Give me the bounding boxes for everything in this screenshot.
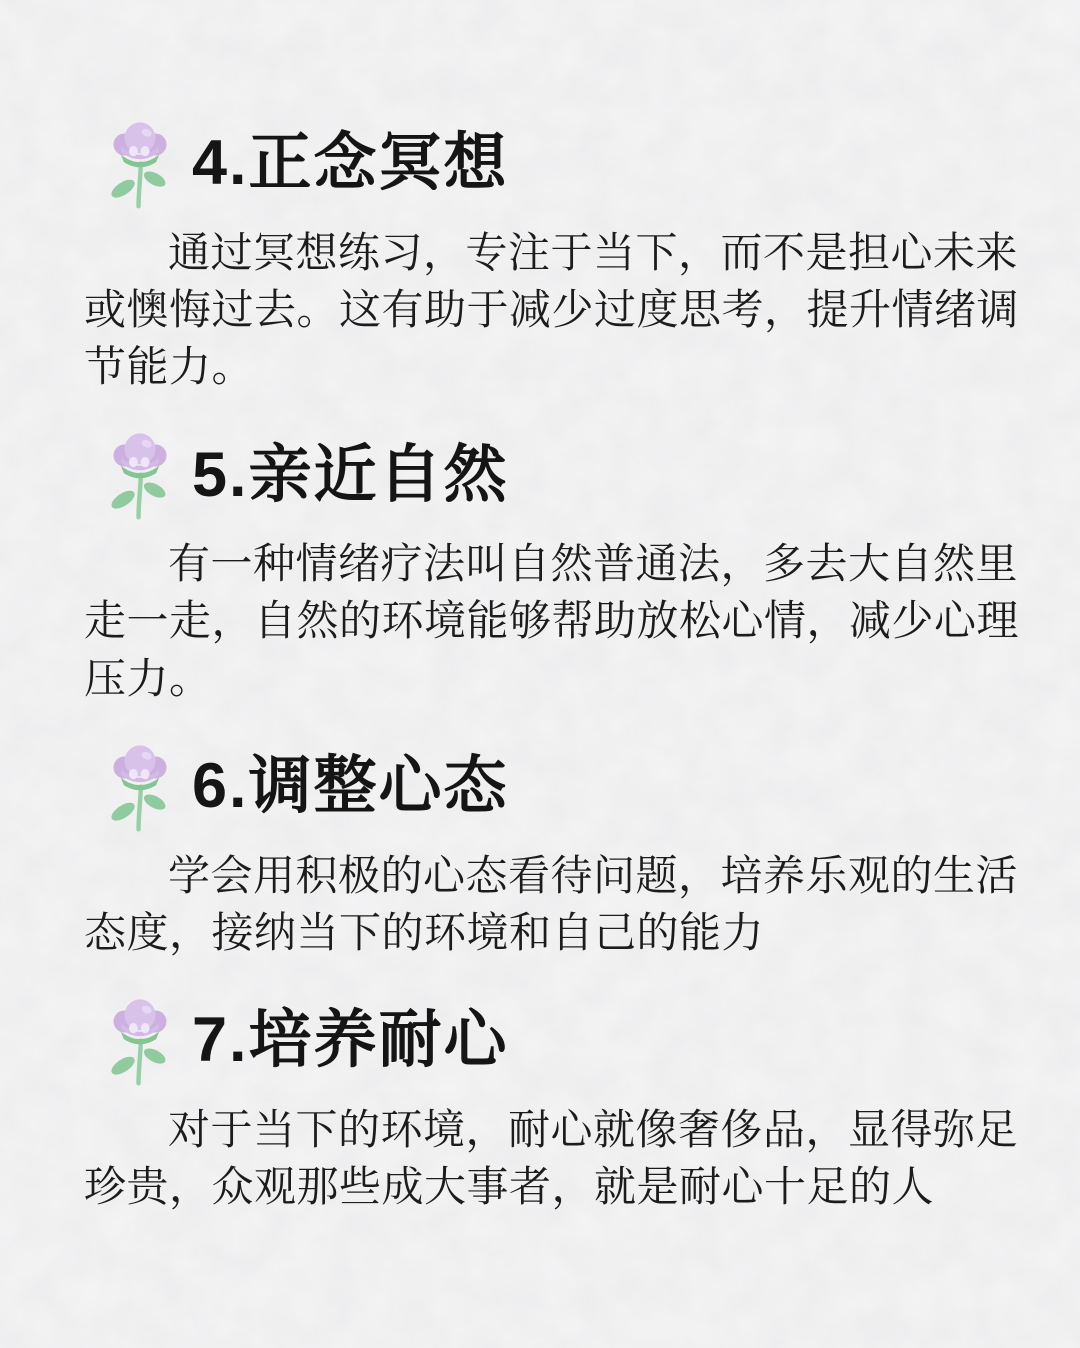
section-6-heading-row: 6.调整心态 [84,741,1054,833]
section-7-body: 对于当下的环境，耐心就像奢侈品，显得弥足珍贵，众观那些成大事者，就是耐心十足的人 [84,1101,1054,1215]
section-6-title: 6.调整心态 [192,752,509,821]
section-4-body: 通过冥想练习，专注于当下，而不是担心未来或懊悔过去。这有助于减少过度思考，提升情… [84,224,1054,395]
section-7-heading-row: 7.培养耐心 [84,995,1054,1087]
purple-flower-icon [102,741,178,833]
section-4: 4.正念冥想 通过冥想练习，专注于当下，而不是担心未来或懊悔过去。这有助于减少过… [84,118,1054,395]
section-4-title: 4.正念冥想 [192,129,509,198]
purple-flower-icon [102,995,178,1087]
section-6-body: 学会用积极的心态看待问题，培养乐观的生活态度，接纳当下的环境和自己的能力 [84,847,1054,961]
section-5-heading-row: 5.亲近自然 [84,429,1054,521]
section-6: 6.调整心态 学会用积极的心态看待问题，培养乐观的生活态度，接纳当下的环境和自己… [84,741,1054,961]
purple-flower-icon [102,429,178,521]
purple-flower-icon [102,118,178,210]
tips-list: 4.正念冥想 通过冥想练习，专注于当下，而不是担心未来或懊悔过去。这有助于减少过… [0,0,1080,1215]
section-7: 7.培养耐心 对于当下的环境，耐心就像奢侈品，显得弥足珍贵，众观那些成大事者，就… [84,995,1054,1215]
section-4-heading-row: 4.正念冥想 [84,118,1054,210]
section-5-body: 有一种情绪疗法叫自然普通法，多去大自然里走一走，自然的环境能够帮助放松心情，减少… [84,535,1054,706]
section-7-title: 7.培养耐心 [192,1006,509,1075]
section-5: 5.亲近自然 有一种情绪疗法叫自然普通法，多去大自然里走一走，自然的环境能够帮助… [84,429,1054,706]
section-5-title: 5.亲近自然 [192,441,509,510]
